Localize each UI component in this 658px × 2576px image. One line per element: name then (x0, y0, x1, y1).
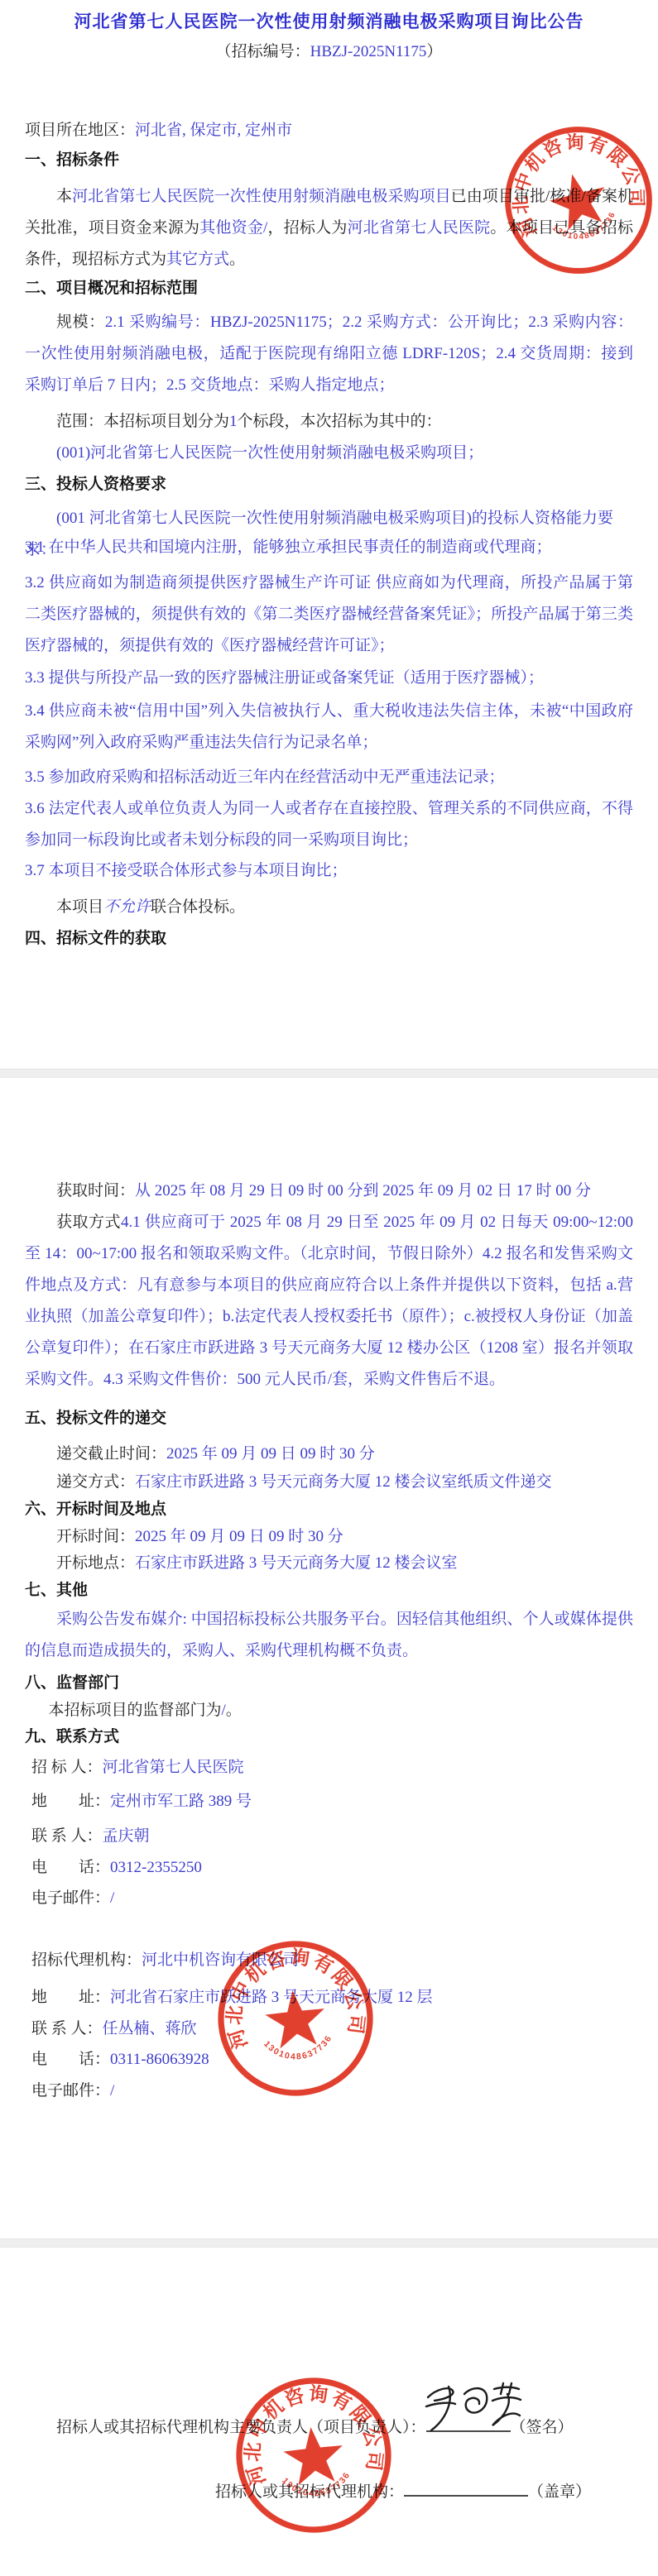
seal-suffix: （盖章） (528, 2483, 591, 2501)
company-seal-bottom: 河北中机咨询有限公司 1301048637736 (232, 2369, 396, 2541)
handwritten-signature (421, 2379, 545, 2434)
page-separator (0, 2238, 658, 2248)
section4-obtain-time: 获取时间：从 2025 年 08 月 29 日 09 时 00 分到 2025 … (25, 1175, 633, 1207)
section4-obtain-method: 获取方式4.1 供应商可于 2025 年 08 月 29 日至 2025 年 0… (25, 1207, 633, 1396)
tenderer-contact-line: 联 系 人：孟庆朝 (31, 1821, 640, 1852)
section-heading-3: 三、投标人资格要求 (25, 468, 633, 501)
section2-lot-line: (001)河北省第七人民医院一次性使用射频消融电极采购项目； (25, 438, 633, 469)
section-heading-5: 五、投标文件的递交 (25, 1402, 633, 1435)
section-heading-9: 九、联系方式 (25, 1721, 633, 1754)
agency-name-line: 招标代理机构：河北中机咨询有限公司 (31, 1945, 640, 1976)
tenderer-email-line: 电子邮件：/ (31, 1883, 640, 1914)
submission-deadline-line: 递交截止时间：2025 年 09 月 09 日 09 时 30 分 (25, 1439, 633, 1470)
qualification-item: 3.3 提供与所投产品一致的医疗器械注册证或备案凭证（适用于医疗器械）； (25, 663, 633, 694)
qualification-item: 3.6 法定代表人或单位负责人为同一人或者存在直接控股、管理关系的不同供应商，不… (25, 793, 633, 856)
tender-announcement-document: 河北省第七人民医院一次性使用射频消融电极采购项目询比公告 （招标编号：HBZJ-… (0, 0, 658, 2576)
qualification-item: 3.5 参加政府采购和招标活动近三年内在经营活动中无严重违法记录； (25, 762, 633, 793)
qualification-item: 3.7 本项目不接受联合体形式参与本项目询比； (25, 855, 633, 887)
section2-scope-paragraph: 范围：本招标项目划分为1个标段，本次招标为其中的： (25, 406, 633, 438)
page-title: 河北省第七人民医院一次性使用射频消融电极采购项目询比公告 (0, 8, 658, 35)
qualification-item: 3.4 供应商未被“信用中国”列入失信被执行人、重大税收违法失信主体，未被“中国… (25, 696, 633, 759)
org-seal-line: 招标人或其招标代理机构：（盖章） (215, 2477, 591, 2508)
tenderer-phone-line: 电 话：0312-2355250 (31, 1852, 640, 1884)
agency-address-line: 地 址：河北省石家庄市跃进路 3 号天元商务大厦 12 层 (31, 1982, 640, 2013)
tender-number-line: （招标编号：HBZJ-2025N1175） (0, 40, 658, 65)
consortium-note: 本项目不允许联合体投标。 (25, 892, 633, 923)
project-region-line: 项目所在地区：河北省, 保定市, 定州市 (25, 115, 633, 146)
section2-scale-paragraph: 规模：2.1 采购编号：HBZJ-2025N1175；2.2 采购方式：公开询比… (25, 307, 633, 401)
page-separator (0, 1069, 658, 1078)
org-label: 招标人或其招标代理机构： (215, 2483, 404, 2501)
agency-email-line: 电子邮件：/ (31, 2076, 640, 2107)
section-heading-7: 七、其他 (25, 1574, 633, 1607)
announcement-media-paragraph: 采购公告发布媒介: 中国招标投标公共服务平台。因轻信其他组织、个人或媒体提供的信… (25, 1604, 633, 1667)
principal-label: 招标人或其招标代理机构主要负责人（项目负责人）： (56, 2419, 426, 2436)
section1-paragraph: 本河北省第七人民医院一次性使用射频消融电极采购项目已由项目审批/核准/备案机关批… (25, 181, 633, 275)
tenderer-address-line: 地 址：定州市军工路 389 号 (31, 1786, 640, 1817)
qualification-item: 3.2 供应商如为制造商须提供医疗器械生产许可证 供应商如为代理商，所投产品属于… (25, 567, 633, 662)
tenderer-name-line: 招 标 人：河北省第七人民医院 (31, 1752, 640, 1784)
agency-phone-line: 电 话：0311-86063928 (31, 2044, 640, 2076)
seal-slot (404, 2478, 528, 2497)
agency-contact-line: 联 系 人：任丛楠、蒋欣 (31, 2013, 640, 2045)
section-heading-2: 二、项目概况和招标范围 (25, 272, 633, 305)
section-heading-1: 一、招标条件 (25, 144, 633, 177)
section-heading-4: 四、招标文件的获取 (25, 922, 633, 955)
qualification-item: 3.1 在中华人民共和国境内注册，能够独立承担民事责任的制造商或代理商； (25, 532, 633, 563)
signature-slot (426, 2414, 511, 2432)
principal-signature-line: 招标人或其招标代理机构主要负责人（项目负责人）： （签名） (56, 2412, 574, 2444)
